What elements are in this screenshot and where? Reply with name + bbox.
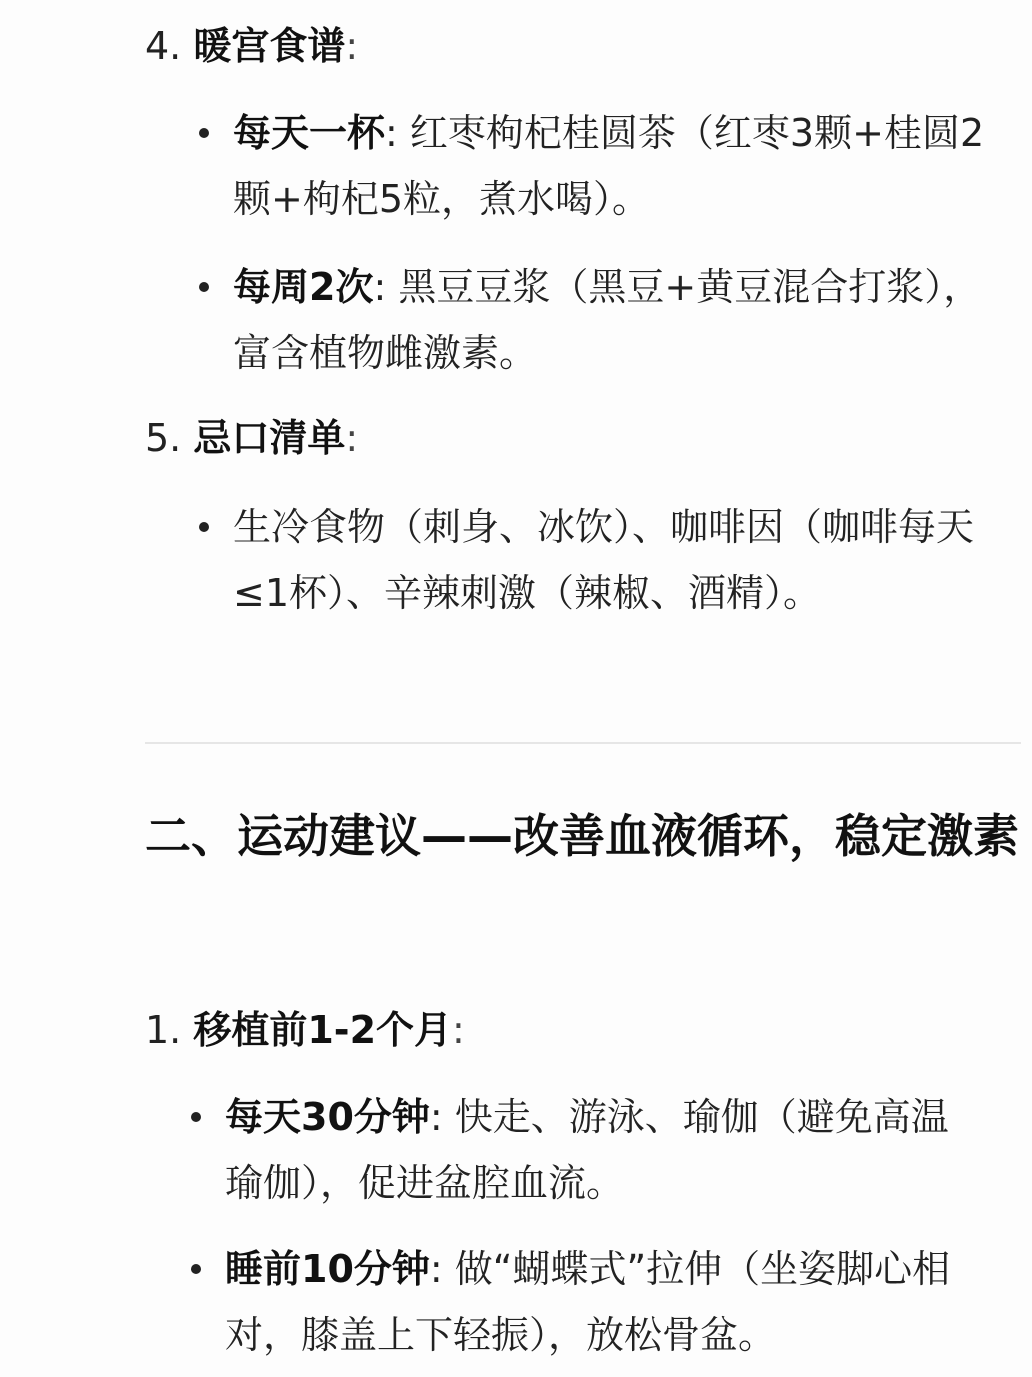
bullet-item: 每周2次: 黑豆豆浆（黑豆+黄豆混合打浆），富含植物雌激素。 — [233, 254, 993, 386]
bullet-dot-icon — [199, 282, 209, 292]
bullet-item: 每天30分钟: 快走、游泳、瑜伽（避免高温瑜伽），促进盆腔血流。 — [225, 1084, 985, 1216]
bullet-dot-icon — [199, 128, 209, 138]
bullet-separator: : — [430, 1247, 443, 1291]
bullet-label: 每天一杯 — [233, 111, 385, 155]
bullet-separator: : — [373, 265, 386, 309]
section-heading-exercise: 二、运动建议——改善血液循环，稳定激素 — [145, 800, 1025, 872]
list-item-before-transfer: 1. 移植前1-2个月: — [145, 1006, 465, 1054]
list-colon: : — [452, 1008, 465, 1052]
bullet-separator: : — [385, 111, 398, 155]
section-divider — [145, 742, 1021, 744]
list-title: 忌口清单 — [193, 416, 345, 460]
list-title: 暖宫食谱 — [193, 24, 345, 68]
list-title: 移植前1-2个月 — [193, 1008, 452, 1052]
bullet-dot-icon — [191, 1264, 201, 1274]
list-item-avoid-list: 5. 忌口清单: — [145, 414, 358, 462]
bullet-item: 睡前10分钟: 做“蝴蝶式”拉伸（坐姿脚心相对，膝盖上下轻振），放松骨盆。 — [225, 1236, 1015, 1368]
bullet-text: 生冷食物（刺身、冰饮）、咖啡因（咖啡每天≤1杯）、辛辣刺激（辣椒、酒精）。 — [233, 505, 974, 615]
bullet-label: 睡前10分钟 — [225, 1247, 430, 1291]
bullet-label: 每周2次 — [233, 265, 373, 309]
bullet-dot-icon — [199, 522, 209, 532]
list-number: 4. — [145, 24, 181, 68]
list-item-warm-uterus-recipes: 4. 暖宫食谱: — [145, 22, 358, 70]
bullet-label: 每天30分钟 — [225, 1095, 430, 1139]
bullet-item: 每天一杯: 红枣枸杞桂圆茶（红枣3颗+桂圆2颗+枸杞5粒，煮水喝）。 — [233, 100, 1013, 232]
list-colon: : — [345, 24, 358, 68]
list-number: 5. — [145, 416, 181, 460]
bullet-separator: : — [430, 1095, 443, 1139]
bullet-dot-icon — [191, 1112, 201, 1122]
bullet-item: 生冷食物（刺身、冰饮）、咖啡因（咖啡每天≤1杯）、辛辣刺激（辣椒、酒精）。 — [233, 494, 1023, 626]
list-number: 1. — [145, 1008, 181, 1052]
list-colon: : — [345, 416, 358, 460]
